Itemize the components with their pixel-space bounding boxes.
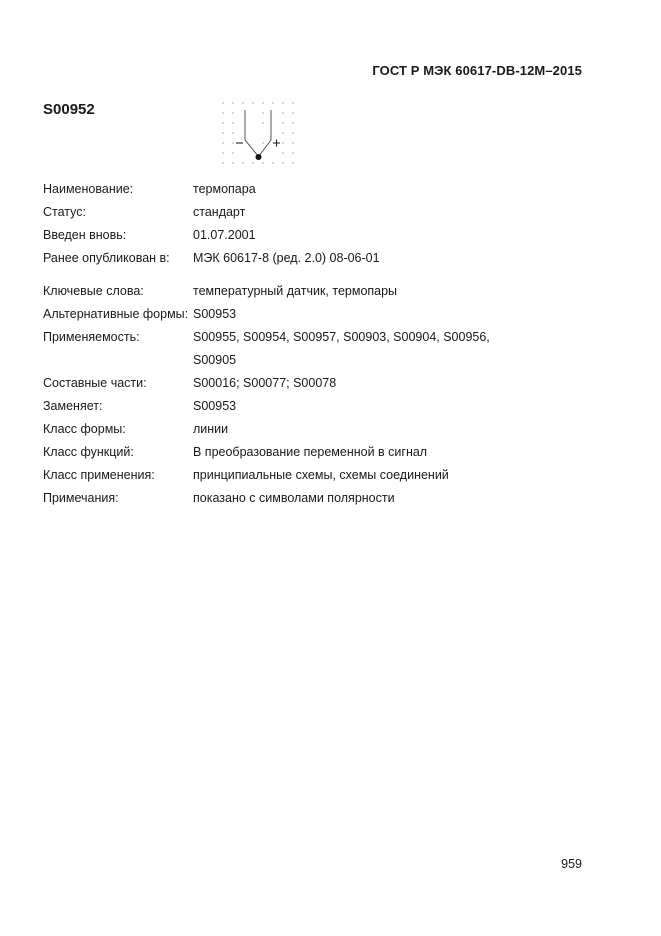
property-label: Составные части: (43, 372, 193, 395)
property-label: Класс применения: (43, 464, 193, 487)
property-row-notes: Примечания: показано с символами полярно… (43, 487, 523, 510)
standard-designation: ГОСТ Р МЭК 60617-DB-12M–2015 (372, 63, 582, 78)
property-value: термопара (193, 178, 523, 201)
property-label: Наименование: (43, 178, 193, 201)
property-row-status: Статус: стандарт (43, 201, 523, 224)
property-value: S00953 (193, 303, 523, 326)
property-value: линии (193, 418, 523, 441)
property-value: стандарт (193, 201, 523, 224)
property-value: S00955, S00954, S00957, S00903, S00904, … (193, 326, 515, 372)
property-label: Альтернативные формы: (43, 303, 193, 326)
thermocouple-symbol-icon (221, 100, 297, 166)
property-label: Класс формы: (43, 418, 193, 441)
property-value: 01.07.2001 (193, 224, 523, 247)
property-row-replaces: Заменяет: S00953 (43, 395, 523, 418)
property-row-previously-published: Ранее опубликован в: МЭК 60617-8 (ред. 2… (43, 247, 523, 270)
property-value: показано с символами полярности (193, 487, 523, 510)
property-row-name: Наименование: термопара (43, 178, 523, 201)
property-label: Применяемость: (43, 326, 193, 372)
property-label: Введен вновь: (43, 224, 193, 247)
property-row-introduced: Введен вновь: 01.07.2001 (43, 224, 523, 247)
property-value: S00953 (193, 395, 523, 418)
property-row-components: Составные части: S00016; S00077; S00078 (43, 372, 523, 395)
symbol-code: S00952 (43, 101, 95, 118)
page-number: 959 (561, 857, 582, 871)
property-value: В преобразование переменной в сигнал (193, 441, 523, 464)
property-row-function-class: Класс функций: В преобразование переменн… (43, 441, 523, 464)
property-value: МЭК 60617-8 (ред. 2.0) 08-06-01 (193, 247, 523, 270)
property-row-alternative-forms: Альтернативные формы: S00953 (43, 303, 523, 326)
property-label: Статус: (43, 201, 193, 224)
property-row-applicability: Применяемость: S00955, S00954, S00957, S… (43, 326, 523, 372)
property-value: принципиальные схемы, схемы соединений (193, 464, 523, 487)
property-row-keywords: Ключевые слова: температурный датчик, те… (43, 280, 523, 303)
symbol-properties: Наименование: термопара Статус: стандарт… (43, 178, 523, 510)
property-row-shape-class: Класс формы: линии (43, 418, 523, 441)
property-label: Ранее опубликован в: (43, 247, 193, 270)
property-label: Заменяет: (43, 395, 193, 418)
property-value: S00016; S00077; S00078 (193, 372, 523, 395)
property-label: Примечания: (43, 487, 193, 510)
property-row-application-class: Класс применения: принципиальные схемы, … (43, 464, 523, 487)
property-label: Класс функций: (43, 441, 193, 464)
property-value: температурный датчик, термопары (193, 280, 523, 303)
property-label: Ключевые слова: (43, 280, 193, 303)
